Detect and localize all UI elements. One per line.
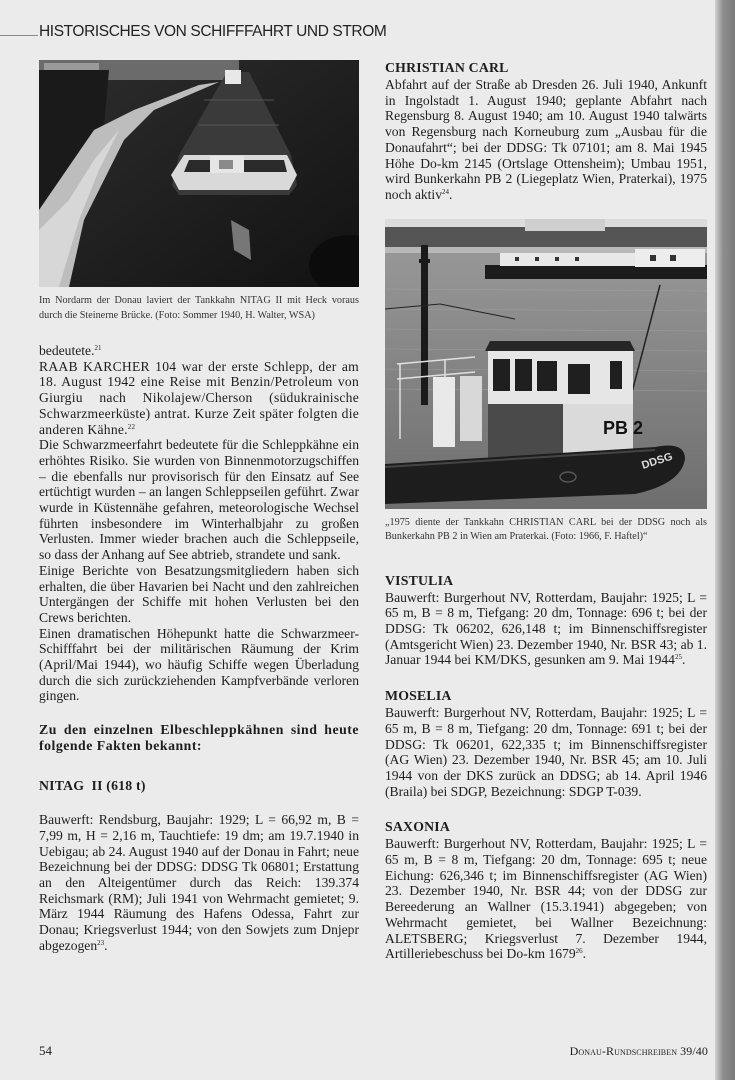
ship-entry-text: Bauwerft: Burgerhout NV, Rotterdam, Bauj… [385,590,707,669]
footnote-ref[interactable]: 22 [128,423,136,431]
ship-heading-nitag: NITAG II (618 t) [39,778,359,794]
footnote-ref[interactable]: 25 [675,653,682,661]
footnote-ref[interactable]: 21 [94,344,101,352]
right-column: CHRISTIAN CARL Abfahrt auf der Straße ab… [385,60,707,962]
photo-caption: „1975 diente der Tankkahn CHRISTIAN CARL… [385,516,707,545]
paragraph: RAAB KARCHER 104 war der erste Schlepp, … [39,359,359,438]
page-number: 54 [39,1043,52,1059]
header-rule [0,35,38,36]
ship-entry-text: Bauwerft: Rendsburg, Baujahr: 1929; L = … [39,812,359,953]
paragraph: Einige Berichte von Besatzungsmitglieder… [39,563,359,626]
ship-heading-christian-carl: CHRISTIAN CARL [385,60,707,76]
ship-heading-saxonia: SAXONIA [385,819,707,835]
paragraph: bedeutete.21 [39,343,359,359]
ship-entry-text: Bauwerft: Burgerhout NV, Rotterdam, Bauj… [385,836,707,962]
ship-entry-text: Bauwerft: Burgerhout NV, Rotterdam, Bauj… [385,705,707,799]
subsection-heading: Zu den einzelnen Elbeschleppkähnen sind … [39,722,359,754]
photo-nitag-barge [39,60,359,287]
paragraph: Einen dramatischen Höhepunkt hatte die S… [39,626,359,705]
photo-bunker-barge: PB 2 DDSG [385,219,707,509]
barge-bridge-photo-icon [39,60,359,287]
ship-entry-text: Abfahrt auf der Straße ab Dresden 26. Ju… [385,77,707,203]
section-title: HISTORISCHES VON SCHIFFFAHRT UND STROM [39,23,386,41]
footnote-ref[interactable]: 24 [442,188,449,196]
journal-title: Donau-Rundschreiben 39/40 [570,1044,708,1059]
page-edge-shadow [715,0,735,1080]
footnote-ref[interactable]: 26 [576,947,583,955]
paragraph: Die Schwarzmeerfahrt bedeutete für die S… [39,437,359,563]
footnote-ref[interactable]: 23 [97,939,104,947]
ship-heading-moselia: MOSELIA [385,688,707,704]
bunker-barge-photo-icon: PB 2 DDSG [385,219,707,509]
photo-caption: Im Nordarm der Donau laviert der Tankkah… [39,294,359,323]
left-column: Im Nordarm der Donau laviert der Tankkah… [39,60,359,954]
ship-heading-vistulia: VISTULIA [385,573,707,589]
svg-text:PB 2: PB 2 [603,418,643,438]
